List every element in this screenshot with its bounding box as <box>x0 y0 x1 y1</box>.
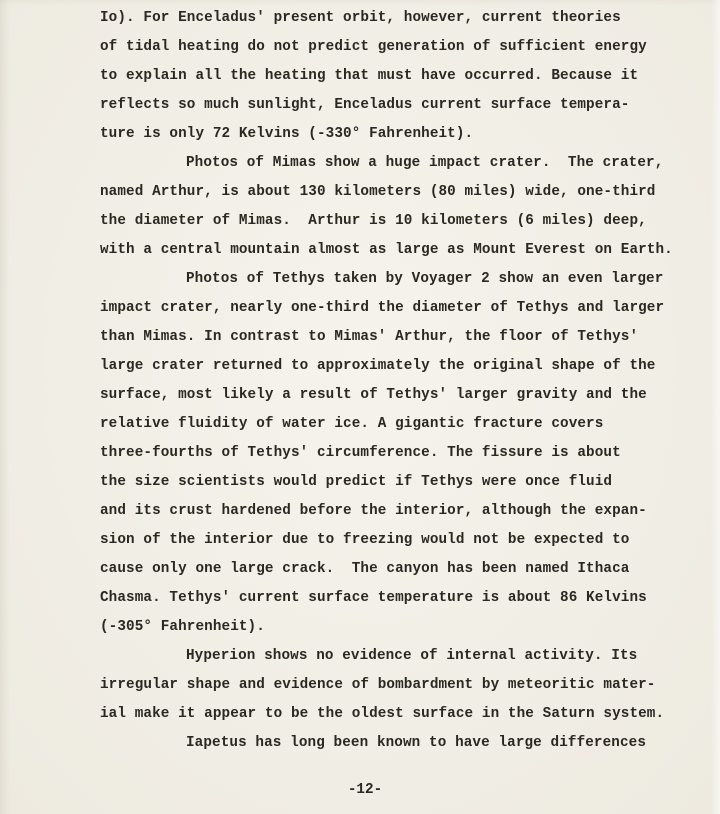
text-line: sion of the interior due to freezing wou… <box>100 526 700 555</box>
text-line: Iapetus has long been known to have larg… <box>100 729 700 758</box>
text-line: Photos of Tethys taken by Voyager 2 show… <box>100 265 700 294</box>
text-line: impact crater, nearly one-third the diam… <box>100 294 700 323</box>
text-line: of tidal heating do not predict generati… <box>100 33 700 62</box>
text-line: Chasma. Tethys' current surface temperat… <box>100 584 700 613</box>
page-number: -12- <box>0 776 720 805</box>
text-line: cause only one large crack. The canyon h… <box>100 555 700 584</box>
text-line: the size scientists would predict if Tet… <box>100 468 700 497</box>
text-line: Photos of Mimas show a huge impact crate… <box>100 149 700 178</box>
text-line: ial make it appear to be the oldest surf… <box>100 700 700 729</box>
text-line: surface, most likely a result of Tethys'… <box>100 381 700 410</box>
text-line: ture is only 72 Kelvins (-330° Fahrenhei… <box>100 120 700 149</box>
text-line: reflects so much sunlight, Enceladus cur… <box>100 91 700 120</box>
text-line: named Arthur, is about 130 kilometers (8… <box>100 178 700 207</box>
text-line: Hyperion shows no evidence of internal a… <box>100 642 700 671</box>
text-line: irregular shape and evidence of bombardm… <box>100 671 700 700</box>
text-line: (-305° Fahrenheit). <box>100 613 700 642</box>
text-line: and its crust hardened before the interi… <box>100 497 700 526</box>
text-line: large crater returned to approximately t… <box>100 352 700 381</box>
text-line: relative fluidity of water ice. A gigant… <box>100 410 700 439</box>
text-line: the diameter of Mimas. Arthur is 10 kilo… <box>100 207 700 236</box>
text-line: than Mimas. In contrast to Mimas' Arthur… <box>100 323 700 352</box>
text-line: with a central mountain almost as large … <box>100 236 700 265</box>
typewritten-text-body: Io). For Enceladus' present orbit, howev… <box>100 4 700 758</box>
text-line: to explain all the heating that must hav… <box>100 62 700 91</box>
text-line: Io). For Enceladus' present orbit, howev… <box>100 4 700 33</box>
text-line: three-fourths of Tethys' circumference. … <box>100 439 700 468</box>
